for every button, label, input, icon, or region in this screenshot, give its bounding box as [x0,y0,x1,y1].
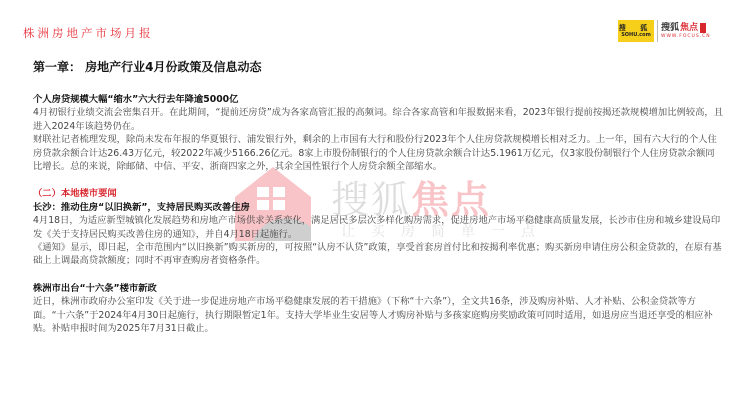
header-logos: 搜 狐 SOHU.com 搜狐 焦点 WWW.FOCUS.CN [618,20,711,42]
sohu-logo-text: 搜 狐 [619,24,653,32]
logo-divider [657,20,658,42]
sohu-logo-domain: SOHU.com [621,32,651,39]
sohu-logo: 搜 狐 SOHU.com [618,20,654,42]
paragraph: 4月18日，为适应新型城镇化发展趋势和房地产市场供求关系变化，满足居民多层次多样… [33,214,723,241]
focus-logo: 搜狐 焦点 WWW.FOCUS.CN [661,22,711,40]
section-heading: 个人房贷规模大幅“缩水”六大行去年降逾5000亿 [33,93,723,106]
focus-logo-name: 搜狐 [661,22,679,34]
paragraph: 《通知》显示，即日起，全市范围内“以旧换新”购买新房的，可按照“认房不认贷”政策… [33,241,723,268]
document-body: 个人房贷规模大幅“缩水”六大行去年降逾5000亿 4月初银行业绩交流会密集召开。… [33,93,723,336]
paragraph: 财联社记者梳理发现，除尚未发布年报的华夏银行、浦发银行外，剩余的上市国有大行和股… [33,133,723,173]
focus-logo-name-red: 焦点 [680,22,698,34]
chapter-title: 第一章： 房地产行业4月份政策及信息动态 [33,58,262,75]
paragraph: 近日，株洲市政府办公室印发《关于进一步促进房地产市场平稳健康发展的若干措施》（下… [33,295,723,335]
section-heading: 株洲市出台“十六条”楼市新政 [33,282,723,295]
focus-logo-tag [700,23,706,33]
section-label: （二）本地楼市要闻 [33,187,723,200]
focus-logo-url: WWW.FOCUS.CN [661,34,711,40]
report-title: 株洲房地产市场月报 [23,25,154,41]
paragraph: 4月初银行业绩交流会密集召开。在此期间，“提前还房贷”成为各家高管汇报的高频词。… [33,106,723,133]
section-heading: 长沙：推动住房“以旧换新”，支持居民购买改善住房 [33,201,723,214]
